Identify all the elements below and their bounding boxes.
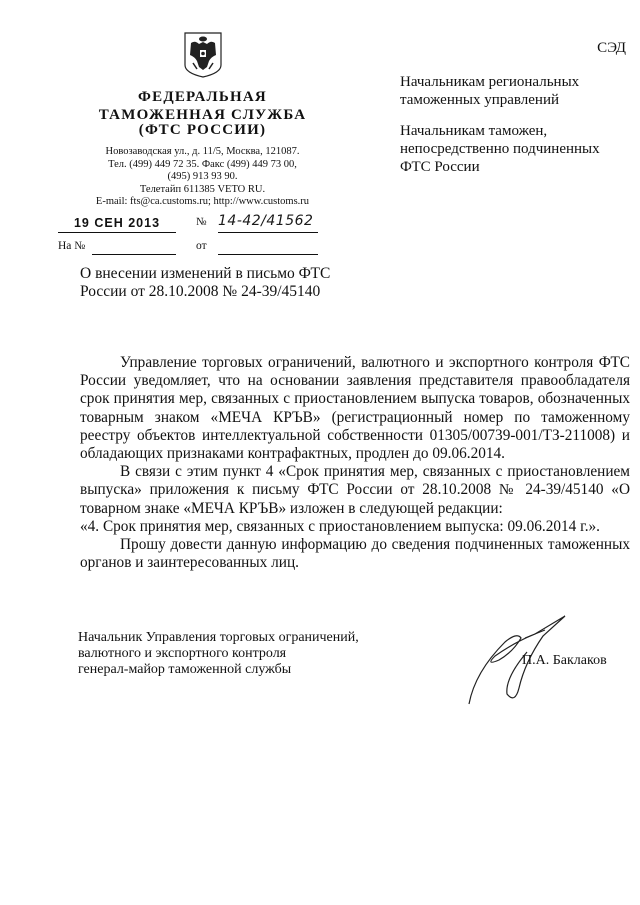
addressee-customs: Начальникам таможен, непосредственно под… bbox=[400, 122, 630, 176]
body-paragraph: Управление торговых ограничений, валютно… bbox=[80, 354, 630, 463]
number-label: № bbox=[196, 216, 207, 228]
sed-stamp: СЭД bbox=[597, 40, 626, 57]
organization-name: ФЕДЕРАЛЬНАЯ ТАМОЖЕННАЯ СЛУЖБА bbox=[60, 88, 345, 124]
contact-details: Новозаводская ул., д. 11/5, Москва, 1210… bbox=[60, 146, 345, 209]
registration-row: 19 СЕН 2013 № 14-42/41562 bbox=[58, 214, 328, 234]
reference-row: На № от bbox=[58, 240, 328, 258]
reference-number-blank bbox=[92, 254, 176, 255]
signer-position: Начальник Управления торговых ограничени… bbox=[78, 630, 418, 678]
reference-label: На № bbox=[58, 240, 85, 252]
phones: Тел. (499) 449 72 35. Факс (499) 449 73 … bbox=[60, 159, 345, 172]
organization-short-name: (ФТС РОССИИ) bbox=[60, 122, 345, 139]
body-paragraph: Прошу довести данную информацию до сведе… bbox=[80, 536, 630, 572]
signer-name: П.А. Баклаков bbox=[522, 653, 607, 669]
subject-line2: России от 28.10.2008 № 24-39/45140 bbox=[80, 283, 370, 301]
addressee-line: таможенных управлений bbox=[400, 91, 630, 109]
phones-2: (495) 913 93 90. bbox=[60, 171, 345, 184]
email-web: E-mail: fts@ca.customs.ru; http://www.cu… bbox=[60, 196, 345, 209]
addressee-line: Начальникам таможен, bbox=[400, 122, 630, 140]
body-paragraph: В связи с этим пункт 4 «Срок принятия ме… bbox=[80, 463, 630, 518]
teletype: Телетайп 611385 VETO RU. bbox=[60, 184, 345, 197]
reference-from-label: от bbox=[196, 240, 207, 252]
addressee-line: непосредственно подчиненных bbox=[400, 140, 630, 158]
org-name-line1: ФЕДЕРАЛЬНАЯ bbox=[60, 88, 345, 106]
reference-date-blank bbox=[218, 254, 318, 255]
registration-number: 14-42/41562 bbox=[218, 210, 318, 233]
russian-coat-of-arms-icon bbox=[183, 31, 223, 79]
letter-body: Управление торговых ограничений, валютно… bbox=[80, 354, 630, 572]
position-line: генерал-майор таможенной службы bbox=[78, 662, 418, 678]
addressee-line: ФТС России bbox=[400, 158, 630, 176]
body-quote: «4. Срок принятия мер, связанных с приос… bbox=[80, 518, 630, 536]
position-line: Начальник Управления торговых ограничени… bbox=[78, 630, 418, 646]
addressee-regional: Начальникам региональных таможенных упра… bbox=[400, 73, 630, 109]
registration-date: 19 СЕН 2013 bbox=[58, 214, 176, 233]
address: Новозаводская ул., д. 11/5, Москва, 1210… bbox=[60, 146, 345, 159]
addressee-line: Начальникам региональных bbox=[400, 73, 630, 91]
letter-subject: О внесении изменений в письмо ФТС России… bbox=[80, 265, 370, 301]
subject-line1: О внесении изменений в письмо ФТС bbox=[80, 265, 370, 283]
position-line: валютного и экспортного контроля bbox=[78, 646, 418, 662]
